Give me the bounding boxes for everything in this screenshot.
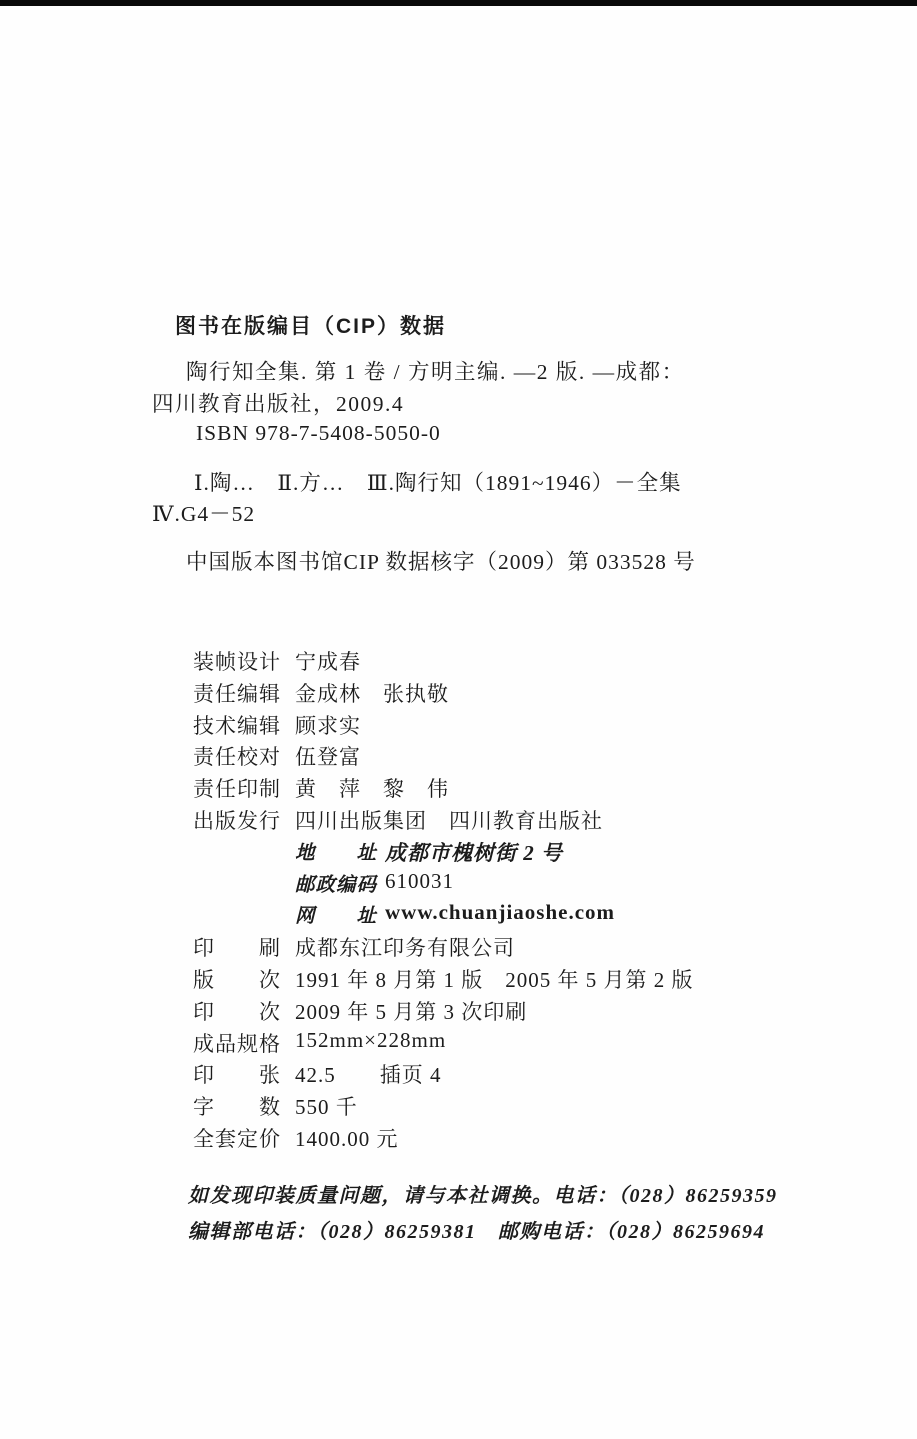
credit-value: 152mm×228mm (295, 1028, 446, 1060)
credit-row-printing: 印 次 2009 年 5 月第 3 次印刷 (193, 996, 833, 1028)
credit-value: 550 千 (295, 1091, 358, 1123)
credit-row-print-supervisor: 责任印制 黄 萍 黎 伟 (193, 773, 833, 805)
credit-label: 装帧设计 (193, 646, 281, 678)
credit-value: 宁成春 (295, 646, 361, 678)
book-copyright-page: 图书在版编目（CIP）数据 陶行知全集. 第 1 卷 / 方明主编. —2 版.… (0, 0, 917, 1439)
cip-classification: Ⅰ.陶… Ⅱ.方… Ⅲ.陶行知（1891~1946）－全集 Ⅳ.G4－52 (152, 468, 812, 530)
credit-label: 字 数 (193, 1091, 281, 1123)
quality-notice-line2: 编辑部电话：（028）86259381 邮购电话：（028）86259694 (188, 1214, 848, 1250)
credit-label: 责任编辑 (193, 678, 281, 710)
credit-label: 出版发行 (193, 805, 281, 837)
classification-line1: Ⅰ.陶… Ⅱ.方… Ⅲ.陶行知（1891~1946）－全集 (152, 468, 812, 499)
credit-row-proofreader: 责任校对 伍登富 (193, 741, 833, 773)
cip-record-number: 中国版本图书馆CIP 数据核字（2009）第 033528 号 (186, 545, 696, 576)
scan-edge-artifact (0, 0, 917, 6)
credit-row-sheets: 印 张 42.5 插页 4 (193, 1059, 833, 1091)
credit-row-address: 地 址 成都市槐树街 2 号 (193, 837, 833, 869)
credit-label: 技术编辑 (193, 710, 281, 742)
credit-label: 印 张 (193, 1059, 281, 1091)
cip-header: 图书在版编目（CIP）数据 (175, 310, 446, 340)
credit-row-publisher: 出版发行 四川出版集团 四川教育出版社 (193, 805, 833, 837)
credit-label: 全套定价 (193, 1123, 281, 1155)
credit-row-edition: 版 次 1991 年 8 月第 1 版 2005 年 5 月第 2 版 (193, 964, 833, 996)
credit-row-price: 全套定价 1400.00 元 (193, 1123, 833, 1155)
classification-line2: Ⅳ.G4－52 (152, 499, 812, 530)
credit-value: 610031 (385, 869, 454, 901)
credit-label: 网 址 (295, 900, 379, 932)
credit-value: 顾求实 (295, 710, 361, 742)
credit-row-website: 网 址 www.chuanjiaoshe.com (193, 900, 833, 932)
credit-label: 责任印制 (193, 773, 281, 805)
credit-value: 成都东江印务有限公司 (295, 932, 515, 964)
publication-credits: 装帧设计 宁成春 责任编辑 金成林 张执敬 技术编辑 顾求实 责任校对 伍登富 … (193, 646, 833, 1155)
credit-row-editor: 责任编辑 金成林 张执敬 (193, 678, 833, 710)
credit-row-technical-editor: 技术编辑 顾求实 (193, 710, 833, 742)
credit-label: 地 址 (295, 837, 379, 869)
quality-notice: 如发现印装质量问题，请与本社调换。电话：（028）86259359 编辑部电话：… (188, 1178, 848, 1250)
credit-value: 1991 年 8 月第 1 版 2005 年 5 月第 2 版 (295, 964, 694, 996)
cip-entry-line2: 四川教育出版社，2009.4 (152, 388, 812, 420)
credit-label: 责任校对 (193, 741, 281, 773)
credit-row-printer: 印 刷 成都东江印务有限公司 (193, 932, 833, 964)
credit-row-design: 装帧设计 宁成春 (193, 646, 833, 678)
credit-value: 42.5 插页 4 (295, 1059, 442, 1091)
credit-value: 成都市槐树街 2 号 (385, 837, 563, 869)
quality-notice-line1: 如发现印装质量问题，请与本社调换。电话：（028）86259359 (188, 1178, 848, 1214)
credit-label: 印 次 (193, 996, 281, 1028)
credit-row-format: 成品规格 152mm×228mm (193, 1028, 833, 1060)
credit-row-wordcount: 字 数 550 千 (193, 1091, 833, 1123)
credit-label: 邮政编码 (295, 869, 379, 901)
credit-value: 2009 年 5 月第 3 次印刷 (295, 996, 527, 1028)
isbn-number: ISBN 978-7-5408-5050-0 (196, 421, 441, 446)
credit-value: 黄 萍 黎 伟 (295, 773, 449, 805)
credit-value: 1400.00 元 (295, 1123, 399, 1155)
credit-value: 伍登富 (295, 741, 361, 773)
cip-entry-line1: 陶行知全集. 第 1 卷 / 方明主编. —2 版. —成都： (152, 356, 812, 388)
credit-label: 版 次 (193, 964, 281, 996)
cip-entry: 陶行知全集. 第 1 卷 / 方明主编. —2 版. —成都： 四川教育出版社，… (152, 356, 812, 420)
credit-label: 成品规格 (193, 1028, 281, 1060)
credit-value: 四川出版集团 四川教育出版社 (295, 805, 603, 837)
credit-row-postcode: 邮政编码 610031 (193, 869, 833, 901)
credit-value: 金成林 张执敬 (295, 678, 449, 710)
credit-value-website-url: www.chuanjiaoshe.com (385, 900, 615, 932)
credit-label: 印 刷 (193, 932, 281, 964)
